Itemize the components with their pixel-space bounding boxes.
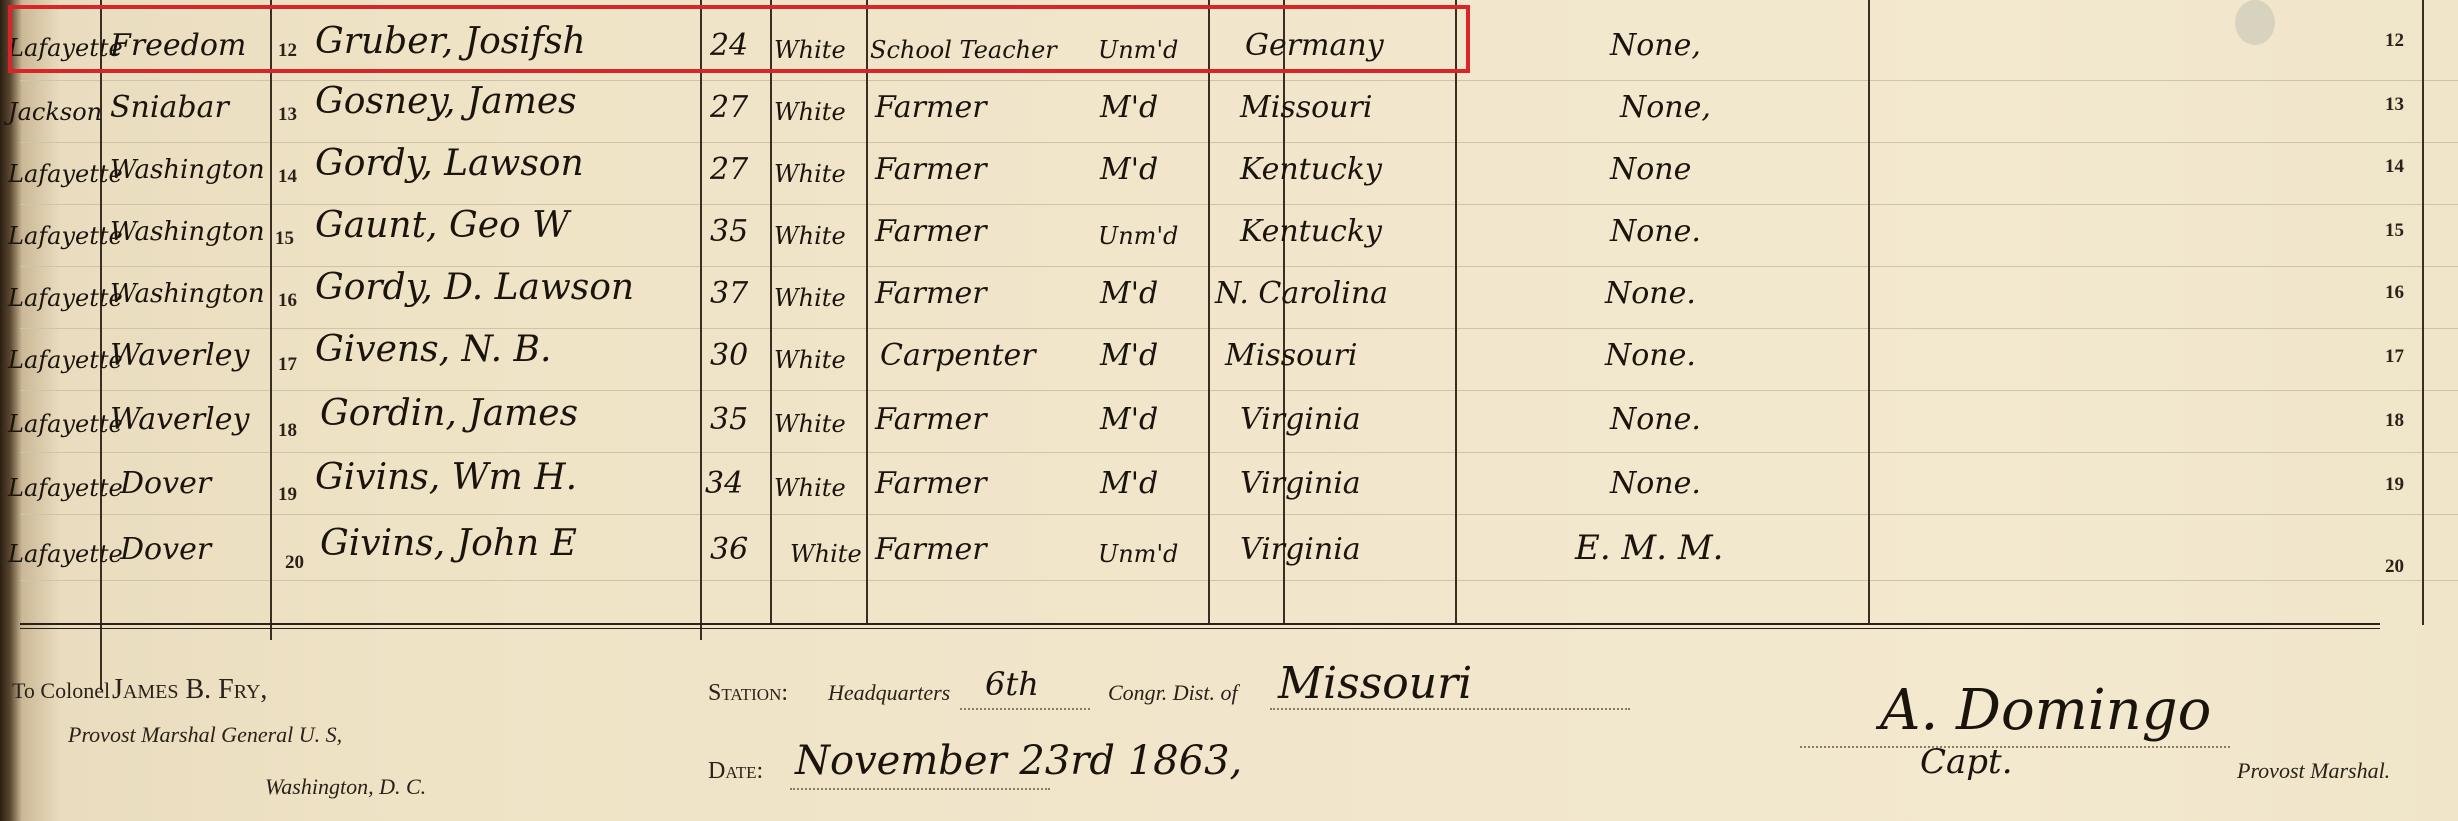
cell-color: White (790, 534, 862, 574)
cell-town: Waverley (110, 336, 249, 376)
cell-occupation: Farmer (875, 464, 987, 504)
cell-marital: Unm'd (1098, 216, 1178, 256)
cell-name: Gordy, Lawson (315, 144, 584, 184)
cell-marital: Unm'd (1098, 534, 1178, 574)
cell-color: White (774, 468, 846, 508)
cell-line-number: 19 (278, 484, 297, 506)
cell-name: Givins, John E (320, 524, 577, 564)
signature-title: Provost Marshal. (2237, 758, 2390, 784)
cell-remarks: None. (1610, 212, 1701, 252)
cell-line-number: 16 (278, 290, 297, 312)
ruled-line (20, 580, 2458, 581)
cell-county: Lafayette (8, 404, 123, 444)
cell-color: White (774, 154, 846, 194)
cell-line-number-right: 16 (2385, 282, 2404, 304)
cell-remarks: None (1610, 150, 1691, 190)
cell-age: 30 (710, 336, 748, 376)
signature-name: A. Domingo (1880, 678, 2211, 743)
cell-remarks: None. (1610, 400, 1701, 440)
cell-county: Lafayette (8, 340, 123, 380)
date-label: Date: (708, 758, 763, 785)
station-prefix: Headquarters (828, 680, 950, 706)
station-mid: Congr. Dist. of (1108, 680, 1238, 706)
cell-nativity: Virginia (1240, 530, 1361, 570)
addressee-name: James B. Fry, (112, 674, 267, 706)
cell-line-number-right: 19 (2385, 474, 2404, 496)
ruled-line (20, 390, 2458, 391)
cell-marital: M'd (1100, 88, 1158, 128)
cell-marital: M'd (1100, 464, 1158, 504)
cell-marital: M'd (1100, 336, 1158, 376)
cell-line-number-right: 15 (2385, 220, 2404, 242)
column-divider-color (866, 0, 868, 625)
cell-town: Waverley (110, 400, 249, 440)
cell-line-number: 13 (278, 104, 297, 126)
addressee-prefix: To Colonel (12, 678, 110, 704)
ruled-line (20, 452, 2458, 453)
column-divider-right (2422, 0, 2424, 625)
cell-occupation: Farmer (875, 530, 987, 570)
cell-remarks: None, (1610, 26, 1701, 66)
cell-age: 37 (710, 274, 748, 314)
district-number: 6th (985, 665, 1039, 703)
cell-remarks: None. (1605, 336, 1696, 376)
cell-county: Lafayette (8, 534, 123, 574)
state-value: Missouri (1278, 658, 1472, 709)
cell-line-number: 15 (275, 228, 294, 250)
cell-marital: M'd (1100, 150, 1158, 190)
cell-color: White (774, 278, 846, 318)
cell-age: 35 (710, 400, 748, 440)
highlighted-row-box (8, 5, 1470, 73)
cell-line-number-right: 12 (2385, 30, 2404, 52)
station-label: Station: (708, 680, 788, 707)
cell-nativity: Kentucky (1240, 150, 1382, 190)
cell-nativity: Kentucky (1240, 212, 1382, 252)
cell-name: Givins, Wm H. (315, 458, 577, 498)
cell-name: Gordy, D. Lawson (315, 268, 634, 308)
paper-stain (2235, 0, 2275, 45)
signature-rank: Capt. (1920, 742, 2013, 782)
cell-remarks: E. M. M. (1575, 528, 1723, 568)
cell-occupation: Farmer (875, 400, 987, 440)
cell-color: White (774, 92, 846, 132)
date-value: November 23rd 1863, (795, 738, 1242, 784)
cell-age: 27 (710, 150, 748, 190)
cell-town: Dover (120, 464, 211, 504)
cell-line-number-right: 18 (2385, 410, 2404, 432)
cell-nativity: Virginia (1240, 464, 1361, 504)
cell-nativity: Virginia (1240, 400, 1361, 440)
cell-name: Gordin, James (320, 394, 578, 434)
cell-line-number: 17 (278, 354, 297, 376)
cell-town: Sniabar (110, 88, 229, 128)
cell-occupation: Carpenter (880, 336, 1036, 376)
cell-name: Gosney, James (315, 82, 577, 122)
column-divider-nativity (1455, 0, 1457, 625)
cell-nativity: Missouri (1240, 88, 1372, 128)
ruled-line (20, 514, 2458, 515)
addressee-title: Provost Marshal General U. S, (68, 722, 342, 748)
cell-line-number-right: 14 (2385, 156, 2404, 178)
cell-county: Jackson (8, 92, 102, 132)
cell-town: Dover (120, 530, 211, 570)
column-divider-occupation (1208, 0, 1210, 625)
cell-age: 36 (710, 530, 748, 570)
cell-line-number: 18 (278, 420, 297, 442)
column-divider-name (700, 0, 702, 640)
cell-town: Washington (110, 274, 265, 314)
cell-occupation: Farmer (875, 212, 987, 252)
date-fill-line (790, 788, 1050, 790)
cell-nativity: Missouri (1225, 336, 1357, 376)
cell-name: Givens, N. B. (315, 330, 551, 370)
cell-name: Gaunt, Geo W (315, 206, 569, 246)
cell-occupation: Farmer (875, 88, 987, 128)
cell-color: White (774, 404, 846, 444)
addressee-location: Washington, D. C. (265, 774, 426, 800)
cell-town: Washington (110, 212, 265, 252)
cell-line-number-right: 17 (2385, 346, 2404, 368)
cell-age: 35 (710, 212, 748, 252)
cell-remarks: None, (1620, 88, 1711, 128)
cell-town: Washington (110, 150, 265, 190)
column-divider-town (270, 0, 272, 640)
cell-county: Lafayette (8, 468, 123, 508)
cell-color: White (774, 340, 846, 380)
column-divider-remarks (1868, 0, 1870, 625)
cell-marital: M'd (1100, 274, 1158, 314)
cell-county: Lafayette (8, 278, 123, 318)
cell-occupation: Farmer (875, 150, 987, 190)
cell-age: 34 (705, 464, 743, 504)
cell-nativity: N. Carolina (1215, 274, 1388, 314)
cell-remarks: None. (1605, 274, 1696, 314)
cell-marital: M'd (1100, 400, 1158, 440)
cell-remarks: None. (1610, 464, 1701, 504)
cell-color: White (774, 216, 846, 256)
column-divider-age (770, 0, 772, 625)
cell-line-number-right: 13 (2385, 94, 2404, 116)
cell-age: 27 (710, 88, 748, 128)
cell-county: Lafayette (8, 216, 123, 256)
cell-occupation: Farmer (875, 274, 987, 314)
table-bottom-rule (20, 623, 2380, 629)
cell-line-number-right: 20 (2385, 556, 2404, 578)
district-fill-line (960, 708, 1090, 710)
cell-county: Lafayette (8, 154, 123, 194)
record-sheet: Lafayette Freedom 12 Gruber, Josifsh 24 … (0, 0, 2458, 821)
cell-line-number: 20 (285, 552, 304, 574)
signature-fill-line (1800, 746, 2230, 748)
cell-line-number: 14 (278, 166, 297, 188)
